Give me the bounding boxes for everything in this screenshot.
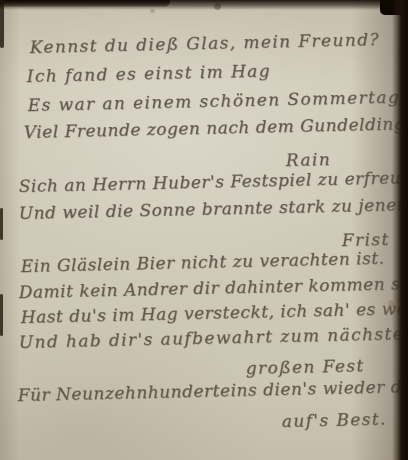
manuscript-line-indented: auf's Best. (282, 410, 388, 432)
manuscript-line-indented: großen Fest (246, 356, 365, 379)
photo-edge-left (0, 294, 3, 336)
manuscript-line-indented: Rain (286, 150, 332, 171)
photo-edge-left (0, 208, 3, 240)
photo-edge-top-left (0, 0, 170, 7)
photo-edge-left (0, 0, 4, 48)
manuscript-photo: Kennst du dieß Glas, mein Freund? Ich fa… (0, 0, 408, 460)
photo-edge-right (392, 0, 408, 460)
